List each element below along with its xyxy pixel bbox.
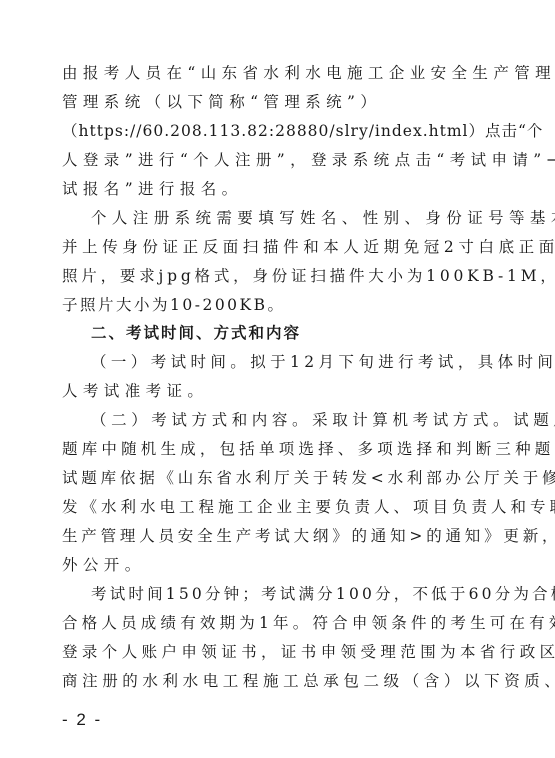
page-number: - 2 - bbox=[62, 710, 102, 730]
paragraph-line: 题库中随机生成，包括单项选择、多项选择和判断三种题型。考 bbox=[62, 438, 494, 460]
paragraph-line: （二）考试方式和内容。采取计算机考试方式。试题从考试 bbox=[91, 409, 523, 431]
paragraph-line: 商注册的水利水电工程施工总承包二级（含）以下资质、专业承 bbox=[62, 670, 494, 692]
document-page: 由报考人员在“山东省水利水电施工企业安全生产管理三类人员 管理系统（以下简称“管… bbox=[0, 0, 555, 758]
paragraph-line: 考试时间150分钟；考试满分100分，不低于60分为合格， bbox=[91, 583, 523, 605]
paragraph-line: 由报考人员在“山东省水利水电施工企业安全生产管理三类人员 bbox=[62, 62, 494, 84]
paragraph-line: 生产管理人员安全生产考试大纲》的通知>的通知》更新，不对 bbox=[62, 525, 494, 547]
paragraph-line: 个人注册系统需要填写姓名、性别、身份证号等基本信息， bbox=[91, 207, 494, 229]
section-heading: 二、考试时间、方式和内容 bbox=[91, 322, 523, 344]
paragraph-line: 合格人员成绩有效期为1年。符合申领条件的考生可在有效期内 bbox=[62, 612, 494, 634]
paragraph-line: 照片，要求jpg格式，身份证扫描件大小为100KB-1M，正面电 bbox=[62, 265, 494, 287]
paragraph-line: 试报名”进行报名。 bbox=[62, 178, 494, 200]
paragraph-line: 人登录”进行“个人注册”，登录系统点击“考试申请”→“考 bbox=[62, 149, 494, 171]
paragraph-line: 登录个人账户申领证书，证书申领受理范围为本省行政区域内工 bbox=[62, 641, 494, 663]
paragraph-line: 并上传身份证正反面扫描件和本人近期免冠2寸白底正面电子 bbox=[62, 236, 494, 258]
paragraph-line: 试题库依据《山东省水利厅关于转发<水利部办公厅关于修订印 bbox=[62, 467, 494, 489]
paragraph-line: 管理系统（以下简称“管理系统”） bbox=[62, 91, 494, 113]
paragraph-line: 外公开。 bbox=[62, 554, 494, 576]
paragraph-line: 子照片大小为10-200KB。 bbox=[62, 294, 494, 316]
paragraph-line: （一）考试时间。拟于12月下旬进行考试，具体时间见个 bbox=[91, 351, 523, 373]
url-line: （https://60.208.113.82:28880/slry/index.… bbox=[62, 120, 494, 142]
paragraph-line: 人考试准考证。 bbox=[62, 380, 494, 402]
paragraph-line: 发《水利水电工程施工企业主要负责人、项目负责人和专职安全 bbox=[62, 496, 494, 518]
